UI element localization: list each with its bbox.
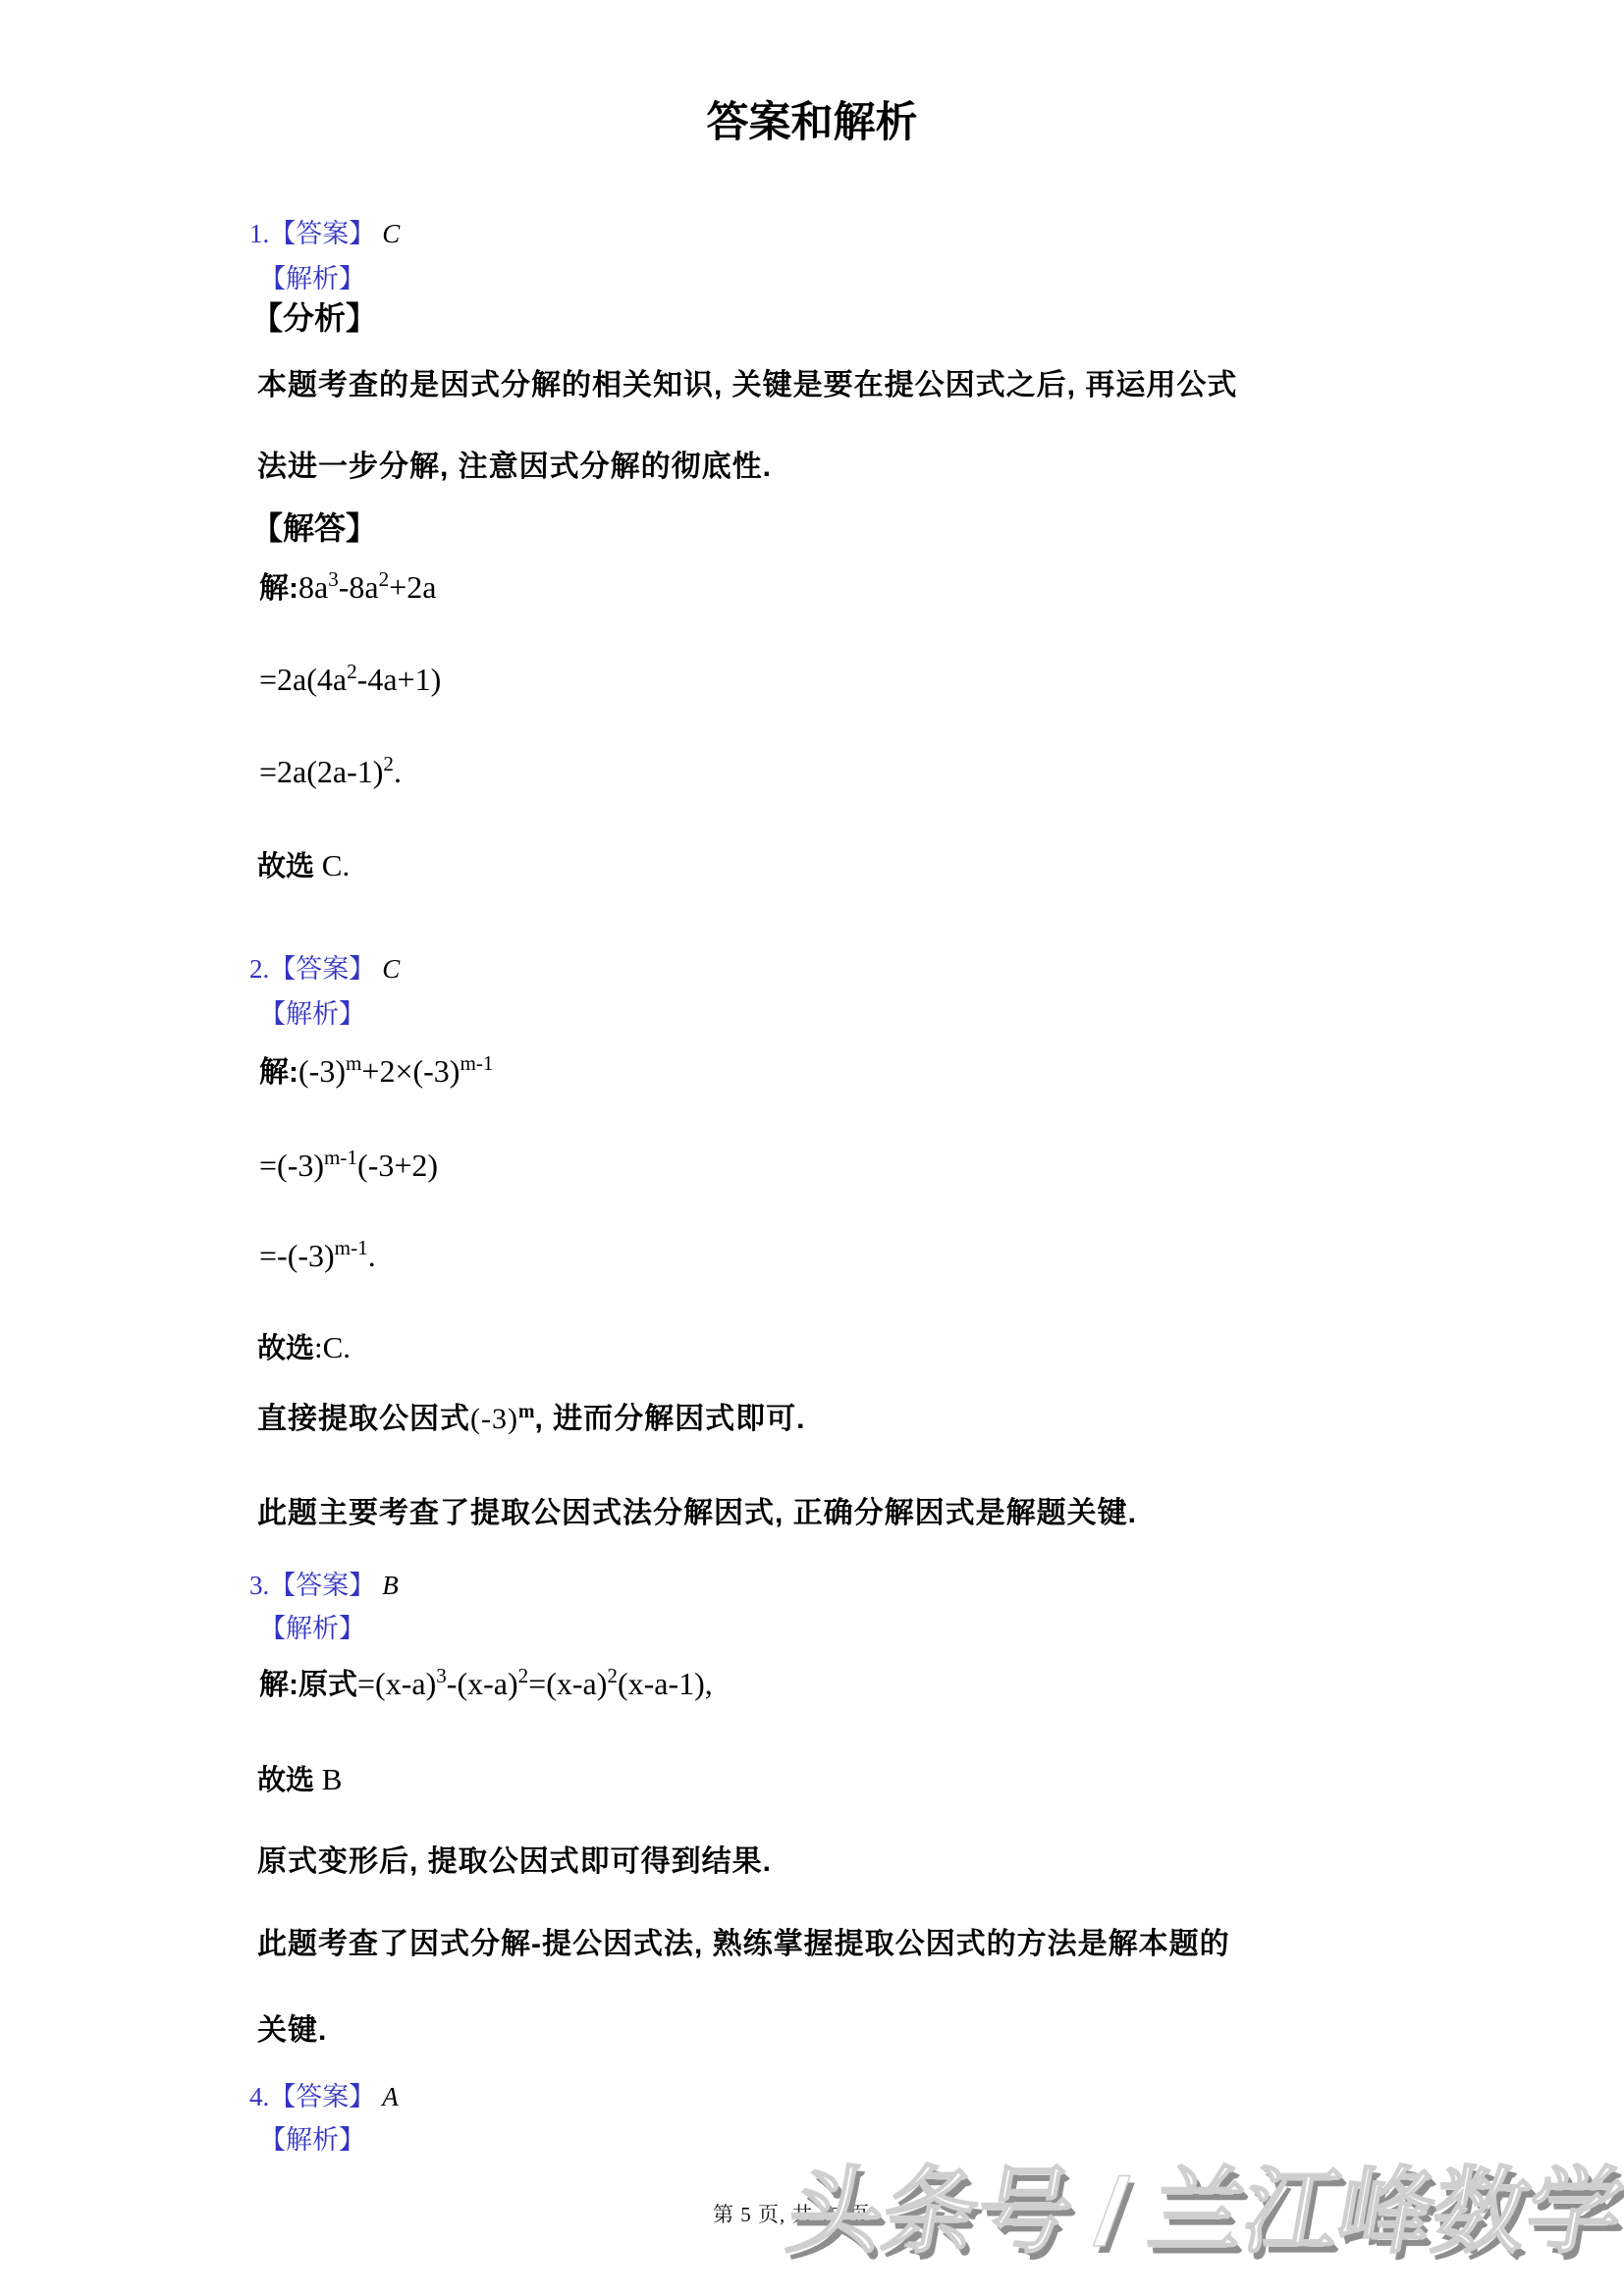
watermark: 头条号 / 兰江峰数学 bbox=[780, 2156, 1624, 2269]
explanation-text: 此题主要考查了提取公因式法分解因式, 正确分解因式是解题关键. bbox=[249, 1496, 1408, 1531]
text-segment: 解: bbox=[259, 572, 298, 605]
page-title: 答案和解析 bbox=[0, 0, 1624, 147]
label-text: 【解析】 bbox=[259, 1614, 365, 1643]
label-text: 3.【答案】 bbox=[249, 1571, 375, 1600]
section-heading: 【分析】 bbox=[249, 299, 1408, 337]
label-text: 【解析】 bbox=[259, 264, 365, 294]
document-page: 答案和解析 1.【答案】C【解析】【分析】本题考查的是因式分解的相关知识, 关键… bbox=[0, 0, 1624, 2296]
text-segment: 故选 bbox=[257, 1765, 314, 1796]
text-segment: 原式 bbox=[298, 1669, 357, 1701]
math-segment: =(x-a) bbox=[357, 1666, 436, 1701]
explanation-label: 【解析】 bbox=[249, 2124, 1408, 2157]
text-segment: 直接提取公因式 bbox=[257, 1403, 470, 1435]
superscript: m bbox=[346, 1051, 361, 1075]
math-line: 解:(-3)m+2×(-3)m-1 bbox=[249, 1051, 1408, 1095]
text-segment: 【解答】 bbox=[251, 510, 377, 546]
math-segment: . bbox=[368, 1238, 376, 1273]
math-line: =2a(4a2-4a+1) bbox=[249, 660, 1408, 703]
math-line: 解:原式=(x-a)3-(x-a)2=(x-a)2(x-a-1), bbox=[249, 1664, 1408, 1707]
math-segment: =2a(4a bbox=[259, 662, 347, 697]
math-segment: 8a bbox=[298, 569, 328, 605]
math-segment: C. bbox=[314, 848, 350, 882]
math-segment: +2×(-3) bbox=[361, 1053, 460, 1089]
math-segment: -8a bbox=[339, 569, 379, 605]
conclusion-line: 故选 C. bbox=[249, 848, 1408, 884]
math-segment: (-3) bbox=[470, 1403, 518, 1435]
text-segment: 解: bbox=[259, 1669, 298, 1701]
explanation-text: 本题考查的是因式分解的相关知识, 关键是要在提公因式之后, 再运用公式 bbox=[249, 368, 1408, 403]
label-text: 【解析】 bbox=[259, 2125, 365, 2155]
answer-line: 4.【答案】A bbox=[249, 2081, 1408, 2113]
math-segment: B bbox=[314, 1762, 342, 1796]
math-segment: =(x-a) bbox=[528, 1666, 607, 1701]
text-segment: 故选 bbox=[257, 851, 314, 882]
math-line: 解:8a3-8a2+2a bbox=[249, 567, 1408, 611]
math-segment: =2a(2a-1) bbox=[259, 754, 383, 789]
math-segment: =(-3) bbox=[259, 1148, 324, 1183]
conclusion-line: 故选 B bbox=[249, 1762, 1408, 1798]
answer-letter: B bbox=[375, 1571, 399, 1600]
label-text: 4.【答案】 bbox=[249, 2082, 375, 2111]
text-segment: 关键. bbox=[257, 2014, 327, 2047]
superscript: 3 bbox=[436, 1664, 447, 1687]
superscript: m-1 bbox=[335, 1236, 368, 1259]
math-segment: -4a+1) bbox=[357, 662, 442, 697]
solution-blocks: 1.【答案】C【解析】【分析】本题考查的是因式分解的相关知识, 关键是要在提公因… bbox=[249, 218, 1408, 2157]
label-text: 1.【答案】 bbox=[249, 219, 375, 248]
text-segment: 【分析】 bbox=[251, 300, 377, 336]
explanation-label: 【解析】 bbox=[249, 1613, 1408, 1645]
label-text: 2.【答案】 bbox=[249, 954, 375, 984]
text-segment: 本题考查的是因式分解的相关知识, 关键是要在提公因式之后, 再运用公式 bbox=[257, 369, 1237, 401]
text-segment: , 进而分解因式即可. bbox=[534, 1403, 805, 1435]
explanation-label: 【解析】 bbox=[249, 998, 1408, 1031]
superscript: 2 bbox=[518, 1664, 529, 1687]
answer-line: 2.【答案】C bbox=[249, 953, 1408, 986]
superscript: m bbox=[518, 1401, 534, 1422]
math-segment: -(x-a) bbox=[447, 1666, 518, 1701]
math-line: =(-3)m-1(-3+2) bbox=[249, 1146, 1408, 1189]
explanation-label: 【解析】 bbox=[249, 263, 1408, 295]
answer-line: 1.【答案】C bbox=[249, 218, 1408, 250]
explanation-text: 法进一步分解, 注意因式分解的彻底性. bbox=[249, 450, 1408, 485]
section-heading: 【解答】 bbox=[249, 509, 1408, 547]
answer-letter: C bbox=[375, 219, 400, 248]
answer-line: 3.【答案】B bbox=[249, 1570, 1408, 1602]
answer-letter: C bbox=[375, 954, 400, 984]
text-segment: 此题考查了因式分解-提公因式法, 熟练掌握提取公因式的方法是解本题的 bbox=[257, 1928, 1230, 1960]
math-segment: +2a bbox=[389, 569, 436, 605]
text-segment: 此题主要考查了提取公因式法分解因式, 正确分解因式是解题关键. bbox=[257, 1497, 1137, 1529]
math-segment: . bbox=[394, 754, 402, 789]
math-segment: =-(-3) bbox=[259, 1238, 335, 1273]
superscript: 2 bbox=[383, 752, 394, 775]
superscript: 2 bbox=[379, 567, 390, 591]
math-segment: :C. bbox=[314, 1330, 351, 1364]
text-segment: 解: bbox=[259, 1056, 298, 1089]
superscript: 2 bbox=[607, 1664, 618, 1687]
text-segment: 法进一步分解, 注意因式分解的彻底性. bbox=[257, 451, 772, 483]
superscript: 3 bbox=[328, 567, 339, 591]
superscript: m-1 bbox=[324, 1146, 357, 1169]
explanation-text: 原式变形后, 提取公因式即可得到结果. bbox=[249, 1844, 1408, 1880]
conclusion-line: 故选:C. bbox=[249, 1330, 1408, 1366]
text-segment: 故选 bbox=[257, 1333, 314, 1364]
math-line: =2a(2a-1)2. bbox=[249, 752, 1408, 795]
math-segment: (-3) bbox=[298, 1053, 346, 1089]
answer-letter: A bbox=[375, 2082, 399, 2111]
superscript: 2 bbox=[347, 660, 357, 683]
math-line: =-(-3)m-1. bbox=[249, 1236, 1408, 1279]
math-segment: (-3+2) bbox=[357, 1148, 438, 1183]
explanation-text: 关键. bbox=[249, 2013, 1408, 2049]
math-segment: (x-a-1), bbox=[618, 1666, 713, 1701]
explanation-text: 直接提取公因式(-3)m, 进而分解因式即可. bbox=[249, 1402, 1408, 1440]
explanation-text: 此题考查了因式分解-提公因式法, 熟练掌握提取公因式的方法是解本题的 bbox=[249, 1927, 1408, 1962]
superscript: m-1 bbox=[460, 1051, 493, 1075]
text-segment: 原式变形后, 提取公因式即可得到结果. bbox=[257, 1845, 772, 1878]
label-text: 【解析】 bbox=[259, 999, 365, 1029]
